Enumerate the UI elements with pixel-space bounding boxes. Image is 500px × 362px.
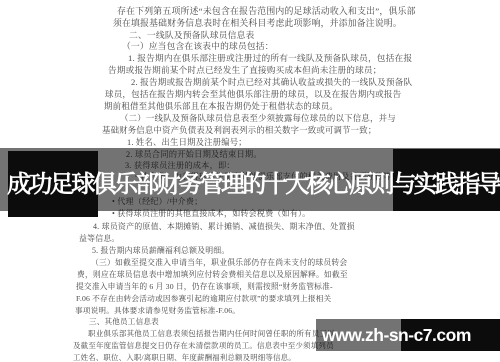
headline-title: 成功足球俱乐部财务管理的十大核心原则与实践指导 [7, 172, 500, 197]
doc-line: 4. 球员资产的原值、本期摊销、累计摊销、减值损失、期末净值、处置损 [93, 221, 355, 232]
doc-line: 1. 姓名、出生日期及注册编号； [127, 136, 247, 148]
doc-line: 基础财务信息中资产负债表及利润表列示的相关数字一致或可调节一致； [102, 124, 376, 136]
doc-line: 期前租借至其他俱乐部且在本报告期仍处于租借状态的球员。 [104, 100, 338, 112]
doc-line: 费，则应在球员信息表中增加填列应付转会费相关信息以及原因解释。如截至 [77, 269, 348, 280]
doc-line: 1. 报告期内在俱乐部注册或注册过的所有一线队及预备队球员，包括在报 [128, 52, 412, 64]
doc-line: 工姓名、职位、入职/离职日期、年度薪酬福利总额及明细等信息。 [73, 352, 296, 362]
doc-line: 及截至年度监管信息提交日仍存在未清偿款项的员工。信息表中至少须填列员 [73, 340, 334, 351]
doc-line: F.06 不存在由转会活动或因参赛引起的逾期应付款项”的要求填列上报相关 [76, 293, 331, 304]
doc-line: 告期或报告期前某个时点已经发生了直接购买成本但尚未注册的球员； [108, 64, 382, 76]
doc-line: （三）如截至提交准入申请当年，职业俱乐部仍存在尚未支付的球员转会 [91, 257, 347, 268]
doc-line: （一）应当包含在该表中的球员包括： [122, 40, 274, 52]
doc-line: 职业俱乐部其他员工信息表须包括报告期内任何时间曾任职的所有员工以 [88, 328, 335, 339]
doc-line: 益等信息。 [79, 233, 120, 244]
watermark-url: www.zh-sn-c7.com [322, 319, 500, 351]
doc-line: 事项说明。具体要求请参见财务监管标准-F.06。 [75, 305, 240, 316]
doc-line: 5. 报告期内球员薪酬福利总额及明细。 [92, 245, 229, 256]
article-hero-image: 存在下列第五项所述“未包含在报告范围内的足球活动收入和支出”，俱乐部须在填报基础… [0, 0, 500, 362]
doc-line: 球员，包括在报告期内转会至其他俱乐部注册的球员，以及在报告期内或报告 [105, 88, 401, 100]
doc-line: 三、其他员工信息表 [89, 316, 159, 327]
doc-line: （二）一线队及预备队球员信息表至少须披露每位球员的以下信息，并与 [120, 112, 396, 124]
doc-line: 提交准入申请当年的 6 月 30 日，仍存在该事项，则需按照“财务监管标准- [76, 281, 333, 292]
doc-line: 2. 报告期或报告期前某个时点已经对其确认收益或损失的一线队及预备队 [131, 76, 412, 88]
